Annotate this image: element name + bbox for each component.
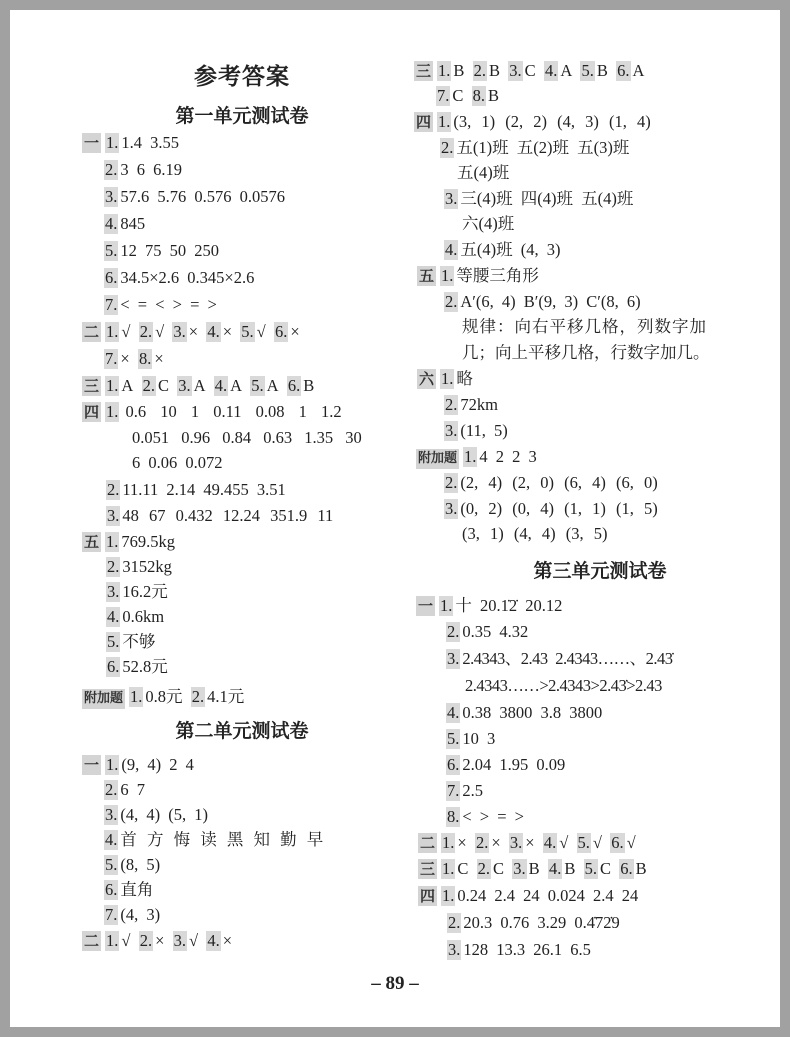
- question-number: 2.: [139, 322, 153, 342]
- u2-s4-line-1: 四1.(3, 1) (2, 2) (4, 3) (1, 4): [414, 111, 651, 135]
- question-number: 5.: [250, 376, 264, 396]
- answer-text: C: [452, 86, 463, 105]
- question-number: 6.: [274, 322, 288, 342]
- question-number: 8.: [446, 807, 460, 827]
- u1-s4-line-5: 3.48 67 0.432 12.24 351.9 11: [106, 505, 333, 529]
- answer-text: 2.04 1.95 0.09: [462, 755, 565, 774]
- u2-s5-line-2: 2.A′(6, 4) B′(9, 3) C′(8, 6): [444, 291, 641, 315]
- answer-text: 34.5×2.6 0.345×2.6: [120, 268, 254, 287]
- question-number: 1.: [105, 322, 119, 342]
- u1-s5-line-6: 6.52.8元: [106, 656, 168, 680]
- answer-text: 128 13.3 26.1 6.5: [463, 940, 591, 959]
- answer-text: C: [525, 61, 536, 80]
- question-number: 4.: [106, 607, 120, 627]
- section-label: 一: [82, 755, 101, 775]
- answer-text: √: [257, 322, 266, 341]
- answer-text: 2.4343、2.43 2.4343……、2.43̇: [462, 649, 672, 668]
- answer-text: (11, 5): [460, 421, 507, 440]
- answer-text: C: [158, 376, 169, 395]
- question-number: 2.: [106, 557, 120, 577]
- answer-text: 0.6km: [122, 607, 164, 626]
- question-number: 3.: [446, 649, 460, 669]
- answer-text: ×: [223, 322, 232, 341]
- answer-text: 0.051 0.96 0.84 0.63 1.35 30: [132, 428, 362, 447]
- u1-s4-line-1: 四1. 0.6 10 1 0.11 0.08 1 1.2: [82, 401, 342, 425]
- answer-text: 12 75 50 250: [120, 241, 219, 260]
- section-label: 二: [82, 931, 101, 951]
- answer-text: 48 67 0.432 12.24 351.9 11: [122, 506, 333, 525]
- answer-text: (3, 1) (4, 4) (3, 5): [462, 524, 607, 543]
- answer-text: 3152kg: [122, 557, 172, 576]
- answer-text: √: [593, 833, 602, 852]
- u2-s4-line-5: 六(4)班: [462, 213, 514, 237]
- u2-bonus-line-4: (3, 1) (4, 4) (3, 5): [462, 523, 607, 547]
- answer-text: B: [453, 61, 464, 80]
- answer-text: 57.6 5.76 0.576 0.0576: [120, 187, 285, 206]
- section-label: 一: [82, 133, 101, 153]
- page-title: 参考答案: [82, 58, 402, 91]
- answer-text: C: [600, 859, 611, 878]
- question-number: 2.: [191, 687, 205, 707]
- question-number: 6.: [619, 859, 633, 879]
- question-number: 2.: [104, 780, 118, 800]
- question-number: 1.: [105, 532, 119, 552]
- u2-s2-line-1: 二1.√ 2.× 3.√ 4.×: [82, 930, 232, 954]
- answer-text: ×: [154, 349, 163, 368]
- answer-text: 0.35 4.32: [462, 622, 528, 641]
- u1-s1-line-4: 4.845: [104, 213, 145, 237]
- answer-text: B: [564, 859, 575, 878]
- u1-s4-line-4: 2.11.11 2.14 49.455 3.51: [106, 479, 286, 503]
- answer-text: 首 方 悔 读 黑 知 勤 早: [120, 830, 323, 849]
- question-number: 5.: [580, 61, 594, 81]
- question-number: 1.: [437, 112, 451, 132]
- question-number: 3.: [104, 187, 118, 207]
- answer-text: 11.11 2.14 49.455 3.51: [122, 480, 285, 499]
- answer-text: 72km: [460, 395, 498, 414]
- question-number: 1.: [441, 859, 455, 879]
- question-number: 1.: [441, 833, 455, 853]
- u3-s1-line-9: 8.< > = >: [446, 806, 524, 830]
- answer-page: 参考答案 第一单元测试卷 一1.1.4 3.55 2.3 6 6.19 3.57…: [10, 10, 780, 1027]
- section-label: 附加题: [416, 449, 459, 469]
- question-number: 4.: [206, 322, 220, 342]
- question-number: 6.: [104, 880, 118, 900]
- answer-text: C: [457, 859, 468, 878]
- answer-text: 六(4)班: [462, 214, 514, 233]
- question-number: 1.: [129, 687, 143, 707]
- answer-text: √: [121, 322, 130, 341]
- answer-text: 10 3: [462, 729, 495, 748]
- answer-text: A: [633, 61, 645, 80]
- question-number: 5.: [240, 322, 254, 342]
- u1-s1-line-5: 5.12 75 50 250: [104, 240, 219, 264]
- question-number: 1.: [439, 596, 453, 616]
- answer-text: 不够: [122, 632, 155, 651]
- question-number: 7.: [104, 349, 118, 369]
- answer-text: < = < > = >: [120, 295, 216, 314]
- u2-s1-line-5: 5.(8, 5): [104, 854, 160, 878]
- question-number: 4.: [206, 931, 220, 951]
- u1-s1-line-7: 7.< = < > = >: [104, 294, 217, 318]
- question-number: 5.: [104, 855, 118, 875]
- answer-text: 略: [456, 369, 473, 388]
- answer-text: (0, 2) (0, 4) (1, 1) (1, 5): [460, 499, 657, 518]
- answer-text: B: [489, 61, 500, 80]
- u2-s5-line-3: 规律：向右平移几格，列数字加: [462, 316, 707, 340]
- answer-text: 4.1元: [207, 687, 244, 706]
- answer-text: √: [189, 931, 198, 950]
- question-number: 1.: [105, 755, 119, 775]
- u3-s1-line-5: 4.0.38 3800 3.8 3800: [446, 702, 602, 726]
- answer-text: ×: [457, 833, 466, 852]
- answer-text: B: [636, 859, 647, 878]
- answer-text: (2, 4) (2, 0) (6, 4) (6, 0): [460, 473, 657, 492]
- question-number: 6.: [616, 61, 630, 81]
- answer-text: (4, 4) (5, 1): [120, 805, 208, 824]
- answer-text: (9, 4) 2 4: [121, 755, 194, 774]
- question-number: 5.: [577, 833, 591, 853]
- u3-s1-line-4: 2.4343……>2.4343>2.43̇>2.43: [465, 675, 662, 699]
- u3-s4-line-1: 四1.0.24 2.4 24 0.024 2.4 24: [418, 885, 638, 909]
- question-number: 2.: [444, 395, 458, 415]
- answer-text: 4 2 2 3: [479, 447, 536, 466]
- section-label: 五: [417, 266, 436, 286]
- question-number: 6.: [106, 657, 120, 677]
- u2-s1-line-4: 4.首 方 悔 读 黑 知 勤 早: [104, 829, 323, 853]
- answer-text: (8, 5): [120, 855, 160, 874]
- question-number: 2.: [446, 622, 460, 642]
- answer-text: B: [303, 376, 314, 395]
- question-number: 3.: [447, 940, 461, 960]
- answer-text: √: [627, 833, 636, 852]
- answer-text: 规律：向右平移几格，列数字加: [462, 317, 707, 336]
- u2-s4-line-3: 五(4)班: [457, 162, 509, 186]
- question-number: 4.: [446, 703, 460, 723]
- question-number: 3.: [106, 506, 120, 526]
- unit-2-title: 第二单元测试卷: [82, 716, 402, 743]
- question-number: 1.: [440, 369, 454, 389]
- question-number: 4.: [548, 859, 562, 879]
- answer-text: 2.5: [462, 781, 483, 800]
- section-label: 三: [82, 376, 101, 396]
- u2-s1-line-6: 6.直角: [104, 879, 153, 903]
- u2-s5-line-1: 五1.等腰三角形: [417, 265, 539, 289]
- question-number: 2.: [139, 931, 153, 951]
- u2-s4-line-4: 3.三(4)班 四(4)班 五(4)班: [444, 188, 633, 212]
- u1-s2-line-2: 7.× 8.×: [104, 348, 164, 372]
- answer-text: A: [194, 376, 206, 395]
- answer-text: ×: [155, 931, 164, 950]
- u3-s1-line-6: 5.10 3: [446, 728, 495, 752]
- question-number: 1.: [105, 376, 119, 396]
- u2-bonus-line-1: 附加题1.4 2 2 3: [416, 446, 537, 470]
- section-label: 三: [418, 859, 437, 879]
- question-number: 3.: [508, 61, 522, 81]
- question-number: 4.: [444, 240, 458, 260]
- question-number: 8.: [138, 349, 152, 369]
- u1-s1-line-3: 3.57.6 5.76 0.576 0.0576: [104, 186, 285, 210]
- u2-s1-line-1: 一1.(9, 4) 2 4: [82, 754, 194, 778]
- question-number: 3.: [104, 805, 118, 825]
- question-number: 1.: [441, 886, 455, 906]
- answer-text: C: [493, 859, 504, 878]
- u1-s1-line-6: 6.34.5×2.6 0.345×2.6: [104, 267, 254, 291]
- u2-s6-line-1: 六1.略: [417, 368, 473, 392]
- answer-text: B: [488, 86, 499, 105]
- question-number: 6.: [287, 376, 301, 396]
- answer-text: 三(4)班 四(4)班 五(4)班: [460, 189, 633, 208]
- u3-s1-line-2: 2.0.35 4.32: [446, 621, 528, 645]
- answer-text: √: [559, 833, 568, 852]
- answer-text: ×: [189, 322, 198, 341]
- u2-bonus-line-3: 3.(0, 2) (0, 4) (1, 1) (1, 5): [444, 498, 658, 522]
- u1-s5-line-3: 3.16.2元: [106, 581, 168, 605]
- unit-1-title: 第一单元测试卷: [82, 101, 402, 128]
- question-number: 3.: [177, 376, 191, 396]
- u2-s4-line-6: 4.五(4)班 (4, 3): [444, 239, 560, 263]
- question-number: 7.: [104, 905, 118, 925]
- answer-text: 6 0.06 0.072: [132, 453, 223, 472]
- section-label: 五: [82, 532, 101, 552]
- answer-text: 十 20.1̇2̇ 20.12: [455, 596, 562, 615]
- question-number: 3.: [172, 322, 186, 342]
- question-number: 7.: [446, 781, 460, 801]
- u1-s4-line-2: 0.051 0.96 0.84 0.63 1.35 30: [132, 427, 362, 451]
- answer-text: 20.3 0.76 3.29 0.4̇72̇9: [463, 913, 619, 932]
- answer-text: < > = >: [462, 807, 524, 826]
- question-number: 1.: [105, 133, 119, 153]
- answer-text: (4, 3): [120, 905, 160, 924]
- question-number: 2.: [447, 913, 461, 933]
- section-label: 二: [418, 833, 437, 853]
- answer-text: 几；向上平移几格，行数字加几。: [462, 343, 710, 362]
- u1-s5-line-2: 2.3152kg: [106, 556, 172, 580]
- answer-text: 等腰三角形: [456, 266, 539, 285]
- u2-s3-line-1: 三1.B 2.B 3.C 4.A 5.B 6.A: [414, 60, 644, 84]
- question-number: 1.: [440, 266, 454, 286]
- question-number: 5.: [446, 729, 460, 749]
- answer-text: B: [529, 859, 540, 878]
- section-label: 附加题: [82, 689, 125, 709]
- answer-text: √: [155, 322, 164, 341]
- answer-text: 769.5kg: [121, 532, 175, 551]
- answer-text: 五(4)班: [457, 163, 509, 182]
- u2-s1-line-3: 3.(4, 4) (5, 1): [104, 804, 208, 828]
- u1-s5-line-4: 4.0.6km: [106, 606, 164, 630]
- answer-text: 0.8元: [145, 687, 182, 706]
- question-number: 3.: [444, 189, 458, 209]
- section-label: 三: [414, 61, 433, 81]
- u3-s1-line-3: 3.2.4343、2.43 2.4343……、2.43̇: [446, 648, 673, 672]
- question-number: 5.: [104, 241, 118, 261]
- u1-bonus-line-1: 附加题1.0.8元 2.4.1元: [82, 686, 244, 710]
- question-number: 3.: [509, 833, 523, 853]
- answer-text: 直角: [120, 880, 153, 899]
- answer-text: 16.2元: [122, 582, 167, 601]
- question-number: 4.: [104, 830, 118, 850]
- u3-s2-line-1: 二1.× 2.× 3.× 4.√ 5.√ 6.√: [418, 832, 636, 856]
- section-label: 六: [417, 369, 436, 389]
- answer-text: 0.6 10 1 0.11 0.08 1 1.2: [126, 402, 342, 421]
- answer-text: 52.8元: [122, 657, 167, 676]
- question-number: 8.: [472, 86, 486, 106]
- question-number: 2.: [440, 138, 454, 158]
- question-number: 2.: [444, 473, 458, 493]
- u2-s1-line-2: 2.6 7: [104, 779, 145, 803]
- u1-s1-line-2: 2.3 6 6.19: [104, 159, 182, 183]
- question-number: 5.: [584, 859, 598, 879]
- question-number: 2.: [142, 376, 156, 396]
- question-number: 1.: [437, 61, 451, 81]
- answer-text: A: [121, 376, 133, 395]
- u3-s1-line-8: 7.2.5: [446, 780, 483, 804]
- u3-s1-line-1: 一1.十 20.1̇2̇ 20.12: [416, 595, 562, 619]
- answer-text: ×: [120, 349, 129, 368]
- section-label: 四: [414, 112, 433, 132]
- u1-s5-line-1: 五1.769.5kg: [82, 531, 175, 555]
- page-number: – 89 –: [10, 973, 780, 995]
- u2-s6-line-2: 2.72km: [444, 394, 498, 418]
- question-number: 2.: [444, 292, 458, 312]
- u2-s3-line-2: 7.C 8.B: [436, 85, 499, 109]
- answer-text: 6 7: [120, 780, 145, 799]
- question-number: 6.: [446, 755, 460, 775]
- answer-text: 3 6 6.19: [120, 160, 182, 179]
- u1-s1-line-1: 一1.1.4 3.55: [82, 132, 179, 156]
- u3-s1-line-7: 6.2.04 1.95 0.09: [446, 754, 565, 778]
- question-number: 1.: [463, 447, 477, 467]
- answer-text: ×: [525, 833, 534, 852]
- question-number: 3.: [173, 931, 187, 951]
- answer-text: A: [230, 376, 242, 395]
- u3-s4-line-3: 3.128 13.3 26.1 6.5: [447, 939, 591, 963]
- question-number: 4.: [214, 376, 228, 396]
- section-label: 四: [418, 886, 437, 906]
- question-number: 4.: [543, 833, 557, 853]
- u2-s6-line-3: 3.(11, 5): [444, 420, 508, 444]
- u2-s1-line-7: 7.(4, 3): [104, 904, 160, 928]
- answer-text: A: [267, 376, 279, 395]
- question-number: 7.: [436, 86, 450, 106]
- question-number: 3.: [512, 859, 526, 879]
- section-label: 一: [416, 596, 435, 616]
- answer-text: 0.24 2.4 24 0.024 2.4 24: [457, 886, 638, 905]
- answer-text: ×: [491, 833, 500, 852]
- u1-s2-line-1: 二1.√ 2.√ 3.× 4.× 5.√ 6.×: [82, 321, 300, 345]
- section-label: 四: [82, 402, 101, 422]
- u2-s5-line-4: 几；向上平移几格，行数字加几。: [462, 342, 710, 366]
- answer-text: A′(6, 4) B′(9, 3) C′(8, 6): [460, 292, 640, 311]
- answer-text: 0.38 3800 3.8 3800: [462, 703, 602, 722]
- question-number: 2.: [106, 480, 120, 500]
- answer-text: B: [597, 61, 608, 80]
- question-number: 2.: [473, 61, 487, 81]
- question-number: 7.: [104, 295, 118, 315]
- question-number: 2.: [475, 833, 489, 853]
- answer-text: ×: [290, 322, 299, 341]
- question-number: 5.: [106, 632, 120, 652]
- question-number: 1.: [105, 402, 119, 422]
- question-number: 6.: [104, 268, 118, 288]
- u3-s3-line-1: 三1.C 2.C 3.B 4.B 5.C 6.B: [418, 858, 647, 882]
- answer-text: 五(1)班 五(2)班 五(3)班: [456, 138, 629, 157]
- answer-text: 1.4 3.55: [121, 133, 179, 152]
- u2-bonus-line-2: 2.(2, 4) (2, 0) (6, 4) (6, 0): [444, 472, 658, 496]
- question-number: 3.: [444, 499, 458, 519]
- question-number: 3.: [106, 582, 120, 602]
- answer-text: 2.4343……>2.4343>2.43̇>2.43: [465, 676, 662, 695]
- u1-s5-line-5: 5.不够: [106, 631, 155, 655]
- unit-3-title: 第三单元测试卷: [450, 556, 750, 583]
- u3-s4-line-2: 2.20.3 0.76 3.29 0.4̇72̇9: [447, 912, 620, 936]
- u1-s4-line-3: 6 0.06 0.072: [132, 452, 223, 476]
- question-number: 1.: [105, 931, 119, 951]
- answer-text: A: [560, 61, 572, 80]
- answer-text: 845: [120, 214, 145, 233]
- question-number: 2.: [104, 160, 118, 180]
- answer-text: (3, 1) (2, 2) (4, 3) (1, 4): [453, 112, 650, 131]
- u1-s3-line-1: 三1.A 2.C 3.A 4.A 5.A 6.B: [82, 375, 314, 399]
- question-number: 4.: [544, 61, 558, 81]
- question-number: 6.: [610, 833, 624, 853]
- answer-text: 五(4)班 (4, 3): [460, 240, 560, 259]
- answer-text: ×: [223, 931, 232, 950]
- section-label: 二: [82, 322, 101, 342]
- u2-s4-line-2: 2.五(1)班 五(2)班 五(3)班: [440, 137, 629, 161]
- question-number: 3.: [444, 421, 458, 441]
- question-number: 4.: [104, 214, 118, 234]
- question-number: 2.: [477, 859, 491, 879]
- answer-text: √: [121, 931, 130, 950]
